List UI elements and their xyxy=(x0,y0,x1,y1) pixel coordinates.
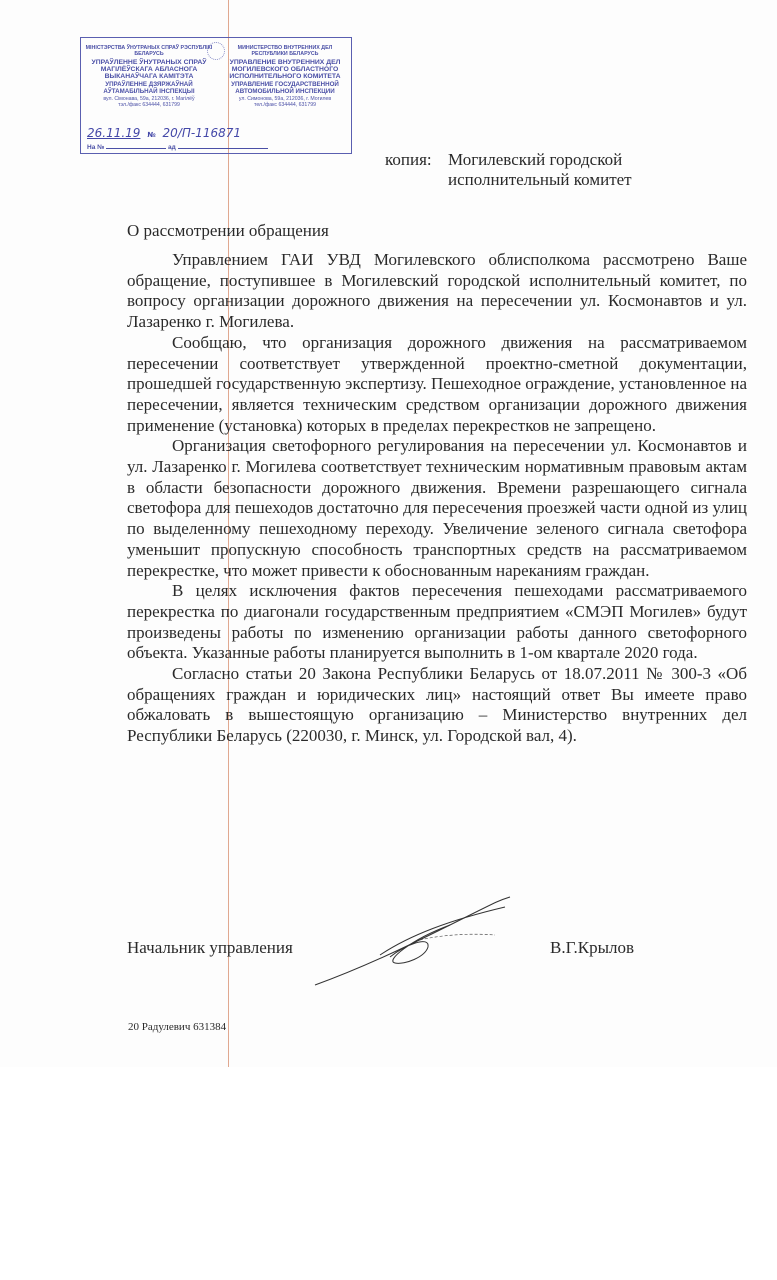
stamp-phone-by: тэл./факс 634444, 631799 xyxy=(85,103,213,108)
stamp-belarusian-column: МІНІСТЭРСТВА ЎНУТРАНЫХ СПРАЎ РЭСПУБЛІКІ … xyxy=(85,46,213,108)
letter-body: Управлением ГАИ УВД Могилевского облиспо… xyxy=(127,250,747,747)
stamp-reference-line: На № ад xyxy=(87,142,268,151)
stamp-ministry-ru: МИНИСТЕРСТВО ВНУТРЕННИХ ДЕЛ РЕСПУБЛИКИ Б… xyxy=(221,46,349,57)
stamp-ref-no-label: На № xyxy=(87,144,104,151)
copy-label: копия: xyxy=(385,150,448,170)
copy-line-2: исполнительный комитет xyxy=(385,170,632,190)
stamp-department-ru: УПРАВЛЕНИЕ ВНУТРЕННИХ ДЕЛ МОГИЛЕВСКОГО О… xyxy=(221,59,349,80)
document-page: МІНІСТЭРСТВА ЎНУТРАНЫХ СПРАЎ РЭСПУБЛІКІ … xyxy=(0,0,777,1067)
stamp-department-by: УПРАЎЛЕННЕ ЎНУТРАНЫХ СПРАЎ МАГІЛЁЎСКАГА … xyxy=(85,59,213,80)
stamp-reg-number: 20/П-116871 xyxy=(163,126,241,140)
stamp-inspection-by: УПРАЎЛЕННЕ ДЗЯРЖАЎНАЙ АЎТАМАБІЛЬНАЙ ІНСП… xyxy=(85,82,213,95)
stamp-russian-column: МИНИСТЕРСТВО ВНУТРЕННИХ ДЕЛ РЕСПУБЛИКИ Б… xyxy=(221,46,349,108)
stamp-no-label: № xyxy=(147,131,155,139)
signatory-name: В.Г.Крылов xyxy=(550,938,634,958)
paragraph: Организация светофорного регулирования н… xyxy=(127,436,747,581)
stamp-ministry-by: МІНІСТЭРСТВА ЎНУТРАНЫХ СПРАЎ РЭСПУБЛІКІ … xyxy=(85,46,213,57)
stamp-ref-from-label: ад xyxy=(168,144,176,151)
executor-note: 20 Радулевич 631384 xyxy=(128,1021,226,1033)
paragraph: В целях исключения фактов пересечения пе… xyxy=(127,581,747,664)
copy-recipient: копия:Могилевский городской исполнительн… xyxy=(385,150,632,190)
stamp-registration-line: 26.11.19 № 20/П-116871 xyxy=(87,126,241,140)
handwritten-signature-icon xyxy=(310,895,530,990)
paragraph: Согласно статьи 20 Закона Республики Бел… xyxy=(127,664,747,747)
stamp-phone-ru: тел./факс 634444, 631799 xyxy=(221,103,349,108)
letter-subject: О рассмотрении обращения xyxy=(127,221,329,241)
copy-line-1: Могилевский городской xyxy=(448,150,622,169)
paragraph: Управлением ГАИ УВД Могилевского облиспо… xyxy=(127,250,747,333)
signatory-position: Начальник управления xyxy=(127,938,293,958)
stamp-reg-date: 26.11.19 xyxy=(87,126,140,140)
stamp-inspection-ru: УПРАВЛЕНИЕ ГОСУДАРСТВЕННОЙ АВТОМОБИЛЬНОЙ… xyxy=(221,82,349,95)
registration-stamp: МІНІСТЭРСТВА ЎНУТРАНЫХ СПРАЎ РЭСПУБЛІКІ … xyxy=(80,37,352,154)
paragraph: Сообщаю, что организация дорожного движе… xyxy=(127,333,747,437)
